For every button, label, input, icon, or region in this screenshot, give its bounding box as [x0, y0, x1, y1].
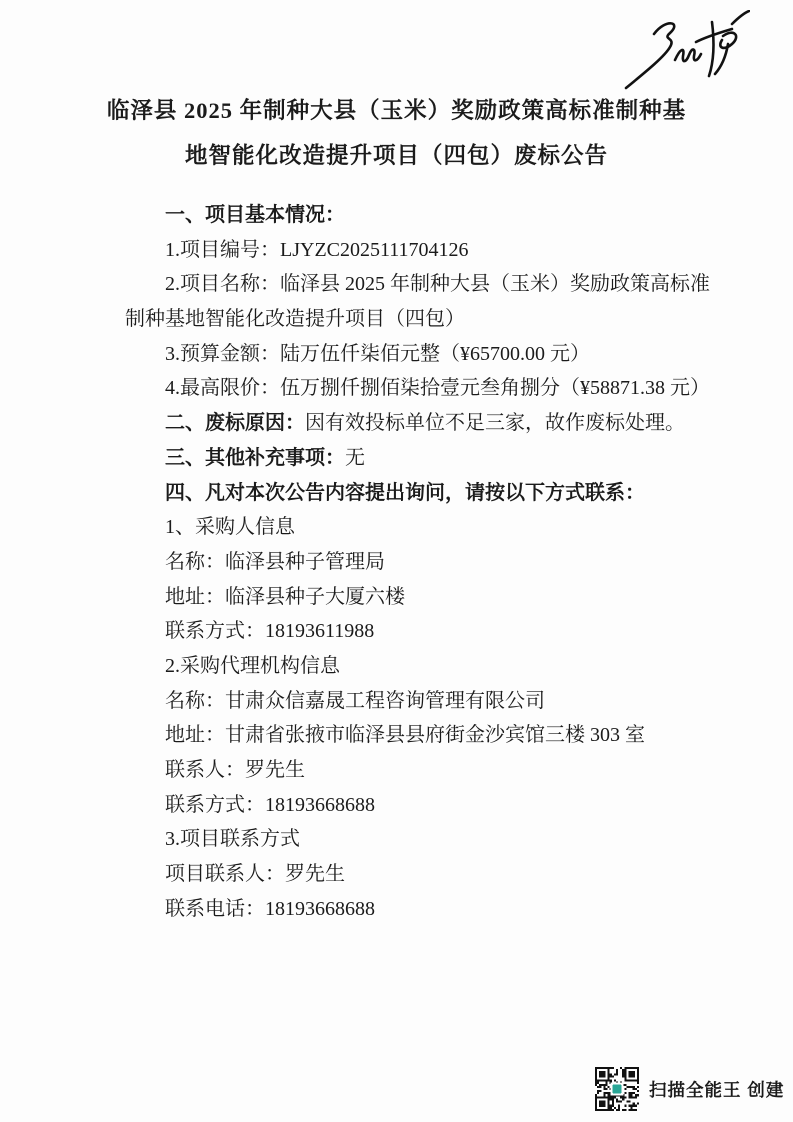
- scanned-document-page: 临泽县 2025 年制种大县（玉米）奖励政策高标准制种基 地智能化改造提升项目（…: [0, 0, 793, 1122]
- body-line-text: 1、采购人信息: [165, 516, 295, 538]
- body-line: 3.项目联系方式: [125, 822, 668, 857]
- body-line-text: 4.最高限价：伍万捌仟捌佰柒拾壹元叁角捌分（¥58871.38 元）: [165, 377, 710, 399]
- watermark-label: 扫描全能王 创建: [649, 1077, 784, 1102]
- body-line: 名称：甘肃众信嘉晟工程咨询管理有限公司: [125, 684, 668, 719]
- body-line: 2.采购代理机构信息: [125, 649, 668, 684]
- body-line: 二、废标原因：因有效投标单位不足三家，故作废标处理。: [125, 406, 668, 441]
- body-line-bold-label: 一、项目基本情况：: [165, 204, 345, 226]
- body-line: 制种基地智能化改造提升项目（四包）: [125, 302, 668, 337]
- body-line-text: 联系方式：18193668688: [165, 794, 375, 816]
- body-line-text: 联系方式：18193611988: [165, 620, 374, 642]
- body-line-text: 联系电话：18193668688: [165, 898, 375, 920]
- page-title-line-2: 地智能化改造提升项目（四包）废标公告: [0, 133, 793, 178]
- body-line-text: 2.项目名称：临泽县 2025 年制种大县（玉米）奖励政策高标准: [165, 273, 710, 295]
- body-line-text: 无: [345, 447, 365, 469]
- qr-code-icon: [595, 1067, 639, 1111]
- body-line-text: 地址：临泽县种子大厦六楼: [165, 586, 405, 608]
- handwritten-signature-icon: [620, 10, 750, 95]
- document-body: 一、项目基本情况：1.项目编号：LJYZC20251117041262.项目名称…: [125, 198, 668, 926]
- body-line-text: 名称：临泽县种子管理局: [165, 551, 385, 573]
- body-line: 四、凡对本次公告内容提出询问，请按以下方式联系：: [125, 476, 668, 511]
- body-line-text: 1.项目编号：LJYZC2025111704126: [165, 239, 469, 261]
- body-line: 名称：临泽县种子管理局: [125, 545, 668, 580]
- body-line-bold-label: 四、凡对本次公告内容提出询问，请按以下方式联系：: [165, 482, 645, 504]
- body-line-text: 项目联系人：罗先生: [165, 863, 345, 885]
- body-line-bold-label: 二、废标原因：: [165, 412, 305, 434]
- body-line-text: 3.项目联系方式: [165, 828, 300, 850]
- body-line: 地址：临泽县种子大厦六楼: [125, 580, 668, 615]
- body-line-text: 因有效投标单位不足三家，故作废标处理。: [305, 412, 685, 434]
- scanner-watermark: 扫描全能王 创建: [595, 1067, 784, 1111]
- body-line-text: 联系人：罗先生: [165, 759, 305, 781]
- body-line: 一、项目基本情况：: [125, 198, 668, 233]
- body-line: 联系方式：18193668688: [125, 788, 668, 823]
- body-line-bold-label: 三、其他补充事项：: [165, 447, 345, 469]
- body-line: 联系电话：18193668688: [125, 892, 668, 927]
- body-line-text: 地址：甘肃省张掖市临泽县县府街金沙宾馆三楼 303 室: [165, 724, 645, 746]
- body-line: 1.项目编号：LJYZC2025111704126: [125, 233, 668, 268]
- body-line: 2.项目名称：临泽县 2025 年制种大县（玉米）奖励政策高标准: [125, 267, 668, 302]
- body-line: 1、采购人信息: [125, 510, 668, 545]
- body-line: 三、其他补充事项：无: [125, 441, 668, 476]
- body-line-text: 名称：甘肃众信嘉晟工程咨询管理有限公司: [165, 690, 545, 712]
- body-line-text: 3.预算金额：陆万伍仟柒佰元整（¥65700.00 元）: [165, 343, 590, 365]
- body-line: 项目联系人：罗先生: [125, 857, 668, 892]
- body-line: 联系人：罗先生: [125, 753, 668, 788]
- body-line: 3.预算金额：陆万伍仟柒佰元整（¥65700.00 元）: [125, 337, 668, 372]
- body-line: 4.最高限价：伍万捌仟捌佰柒拾壹元叁角捌分（¥58871.38 元）: [125, 371, 668, 406]
- body-line: 地址：甘肃省张掖市临泽县县府街金沙宾馆三楼 303 室: [125, 718, 668, 753]
- body-line-text: 制种基地智能化改造提升项目（四包）: [125, 308, 465, 330]
- body-line: 联系方式：18193611988: [125, 614, 668, 649]
- body-line-text: 2.采购代理机构信息: [165, 655, 340, 677]
